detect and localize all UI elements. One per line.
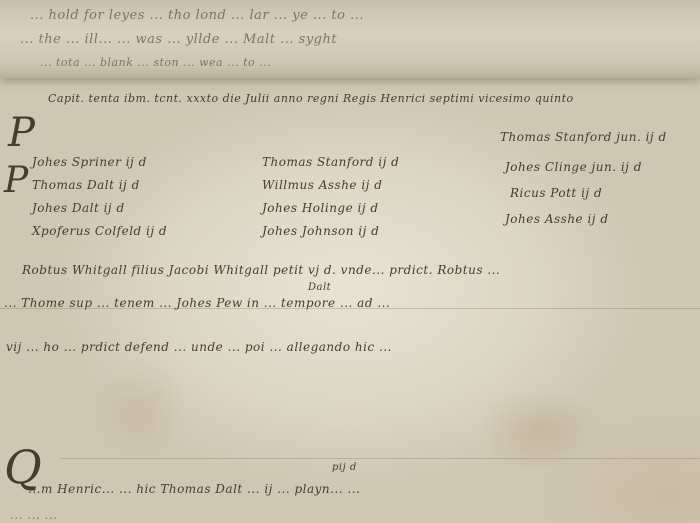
name-col1-1: Johes Spriner ij d — [32, 155, 147, 169]
para1-line-3: vij ... ho ... prdict defend ... unde ..… — [6, 340, 392, 354]
ruled-line-2 — [60, 458, 700, 459]
name-col2-4: Johes Johnson ij d — [262, 224, 379, 238]
name-col2-3: Johes Holinge ij d — [262, 201, 379, 215]
para1-line-1: Robtus Whitgall filius Jacobi Whitgall p… — [22, 263, 500, 277]
name-col2-2: Willmus Asshe ij d — [262, 178, 382, 192]
name-col1-3: Johes Dalt ij d — [32, 201, 125, 215]
para2-line-1: ...m Henric... ... hic Thomas Dalt ... i… — [28, 482, 360, 496]
header-line: Capit. tenta ibm. tcnt. xxxto die Julii … — [48, 92, 574, 105]
parchment-background — [0, 0, 700, 523]
para2-interlinear: pij d — [332, 462, 357, 473]
name-col2-1: Thomas Stanford ij d — [262, 155, 399, 169]
name-col3-4: Johes Asshe ij d — [505, 212, 609, 226]
para2-line-2: ... ... ... — [10, 508, 57, 522]
margin-mark-1: P — [8, 110, 35, 156]
name-col3-1: Thomas Stanford jun. ij d — [500, 130, 667, 144]
para1-interlinear: Dalt — [308, 282, 331, 293]
name-col1-2: Thomas Dalt ij d — [32, 178, 140, 192]
folded-top-edge: ... hold for leyes ... tho lond ... lar … — [0, 0, 700, 78]
name-col3-2: Johes Clinge jun. ij d — [505, 160, 642, 174]
para1-line-2: ... Thome sup ... tenem ... Johes Pew in… — [4, 296, 390, 310]
fold-line-2: ... the ... ill... ... was ... yllde ...… — [20, 32, 337, 47]
name-col1-4: Xpoferus Colfeld ij d — [32, 224, 167, 238]
fold-line-3: ... tota ... blank ... ston ... wea ... … — [40, 56, 271, 69]
margin-mark-2: P — [4, 160, 28, 201]
fold-line-1: ... hold for leyes ... tho lond ... lar … — [30, 8, 364, 23]
name-col3-3: Ricus Pott ij d — [510, 186, 602, 200]
